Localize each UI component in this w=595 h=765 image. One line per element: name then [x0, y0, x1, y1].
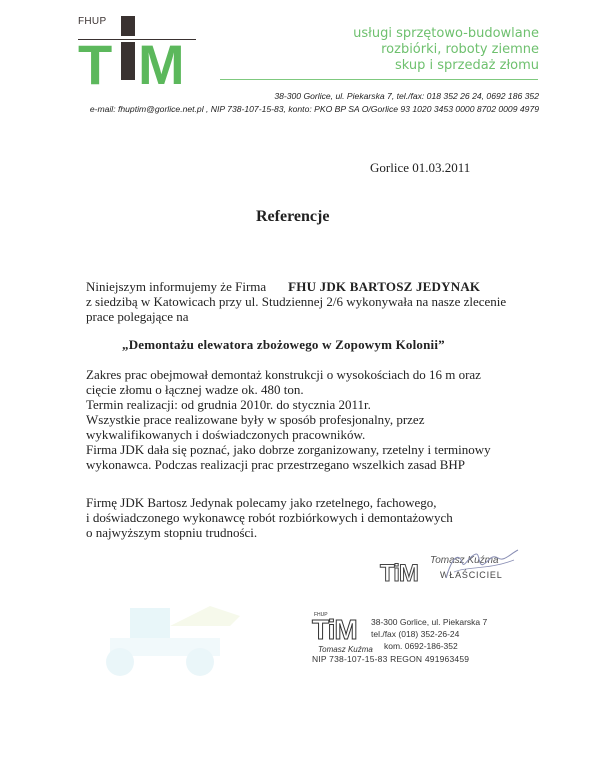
details-line: wykwalifikowanych i doświadczonych praco… — [86, 427, 491, 442]
logo-i-stem — [121, 42, 135, 80]
stamp-address: 38-300 Gorlice, ul. Piekarska 7 — [371, 617, 487, 627]
letter-date: Gorlice 01.03.2011 — [370, 160, 470, 176]
stamp-mobile: kom. 0692-186-352 — [384, 641, 458, 651]
details-line: cięcie złomu o łącznej wadze ok. 480 ton… — [86, 382, 491, 397]
stamp-ids: NIP 738-107-15-83 REGON 491963459 — [312, 654, 469, 664]
logo-letter-m: M — [138, 37, 185, 93]
details-line: Zakres prac obejmował demontaż konstrukc… — [86, 367, 491, 382]
handwritten-signature-icon — [418, 548, 528, 582]
details-paragraph: Zakres prac obejmował demontaż konstrukc… — [86, 367, 491, 472]
header-divider — [220, 79, 538, 80]
logo-i-dot — [121, 16, 135, 36]
intro-line: prace polegające na — [86, 309, 506, 324]
company-stamp: FHUP TiM Tomasz Kuźma 38-300 Gorlice, ul… — [312, 612, 492, 674]
stamp-logo: TiM — [312, 616, 357, 644]
tagline-line: skup i sprzedaż złomu — [353, 58, 539, 74]
recommended-company: FHU JDK BARTOSZ JEDYNAK — [288, 279, 480, 294]
recommendation-line: Firmę JDK Bartosz Jedynak polecamy jako … — [86, 495, 453, 510]
intro-line: z siedzibą w Katowicach przy ul. Studzie… — [86, 294, 506, 309]
logo-letter-t: T — [78, 37, 110, 93]
recommendation-paragraph: Firmę JDK Bartosz Jedynak polecamy jako … — [86, 495, 453, 540]
signature-block: TiM Tomasz Kuźma WŁAŚCICIEL — [378, 548, 528, 588]
details-line: Termin realizacji: od grudnia 2010r. do … — [86, 397, 491, 412]
project-name: „Demontażu elewatora zbożowego w Zopowym… — [122, 337, 445, 353]
intro-paragraph: Niniejszym informujemy że FirmaFHU JDK B… — [86, 279, 506, 324]
letter-title: Referencje — [256, 208, 329, 226]
excavator-watermark-icon — [90, 596, 260, 678]
stamp-phone: tel./fax (018) 352-26-24 — [371, 629, 459, 639]
recommendation-line: i doświadczonego wykonawcę robót rozbiór… — [86, 510, 453, 525]
company-logo: FHUP T M — [78, 14, 208, 84]
signature-logo: TiM — [380, 560, 418, 588]
intro-prefix: Niniejszym informujemy że Firma — [86, 279, 266, 294]
company-tagline: usługi sprzętowo-budowlane rozbiórki, ro… — [353, 26, 539, 74]
details-line: Wszystkie prace realizowane były w sposó… — [86, 412, 491, 427]
details-line: Firma JDK dała się poznać, jako dobrze z… — [86, 442, 491, 457]
details-line: wykonawca. Podczas realizacji prac przes… — [86, 457, 491, 472]
company-contact: e-mail: fhuptim@gorlice.net.pl , NIP 738… — [90, 104, 539, 114]
company-address: 38-300 Gorlice, ul. Piekarska 7, tel./fa… — [274, 91, 539, 101]
tagline-line: usługi sprzętowo-budowlane — [353, 26, 539, 42]
recommendation-line: o najwyższym stopniu trudności. — [86, 525, 453, 540]
stamp-owner: Tomasz Kuźma — [318, 645, 373, 654]
tagline-line: rozbiórki, roboty ziemne — [353, 42, 539, 58]
logo-prefix: FHUP — [78, 16, 106, 27]
